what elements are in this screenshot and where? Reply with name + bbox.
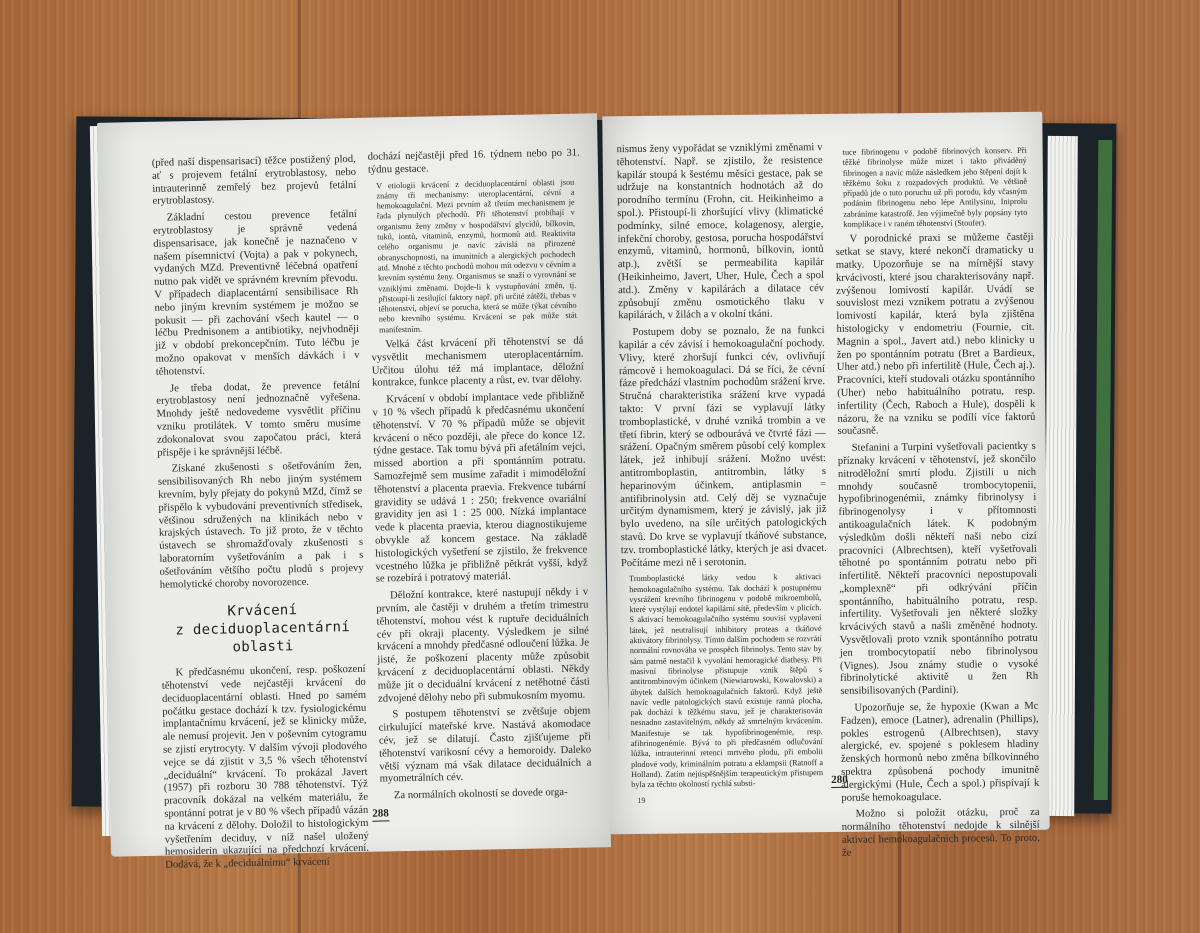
left-page-column-1: (před naší dispensarisací) těžce postiže… [152,154,370,873]
small-print-paragraph: tuce fibrinogenu v podobě fibrinových ko… [843,146,1028,230]
paragraph: Krvácení v období implantace vede přibli… [372,391,588,587]
paragraph: Je třeba dodat, že prevence fetální eryt… [156,379,361,460]
paragraph: K předčasnému ukončení, resp. poškození … [161,664,369,873]
page-number-right: 280 [831,774,848,788]
paragraph: Postupem doby se poznalo, že na funkci k… [618,325,827,570]
left-page[interactable]: (před naší dispensarisací) těžce postiže… [97,113,611,856]
paragraph: dochází nejčastěji před 16. týdnem nebo … [368,148,580,178]
paragraph: Stefanini a Turpini vyšetřovali pacientk… [838,441,1039,699]
page-number-left: 288 [372,807,389,821]
paragraph: Získané zkušenosti s ošetřováním žen, se… [158,460,364,592]
small-print-paragraph: V etiologii krvácení z deciduoplacentárn… [376,177,577,335]
right-page-column-2: tuce fibrinogenu v podobě fibrinových ko… [835,142,1040,861]
paragraph: nismus ženy vypořádat se vzniklými změna… [617,142,825,323]
paragraph: Děložní kontrakce, které nastupují někdy… [376,587,590,706]
left-page-column-2: dochází nejčastěji před 16. týdnem nebo … [368,148,592,804]
paragraph: (před naší dispensarisací) těžce postiže… [152,154,357,209]
page-stack-right [1044,136,1078,816]
section-heading: Krvácení z deciduoplacentární oblasti [160,600,365,658]
signature-mark: 19 [637,796,645,805]
right-page-column-1: nismus ženy vypořádat se vzniklými změna… [617,142,830,795]
right-page[interactable]: nismus ženy vypořádat se vzniklými změna… [602,112,1049,835]
paragraph: Základní cestou prevence fetální erytrob… [153,209,360,379]
paragraph: S postupem těhotenství se zvětšuje objem… [378,706,591,787]
small-print-paragraph: Tromboplastické látky vedou k aktivaci h… [629,572,823,790]
paragraph: Za normálních okolností se dovede orga- [380,787,592,804]
paragraph: Upozorňuje se, že hypoxie (Kwan a Mc Fad… [840,701,1039,805]
paragraph: Možno si položit otázku, proč za normáln… [842,807,1041,860]
section-heading-line-2: z deciduoplacentární oblasti [161,618,366,658]
paragraph: V porodnické praxi se můžeme častěji set… [836,232,1036,439]
paragraph: Velká část krvácení při těhotenství se d… [371,336,584,391]
